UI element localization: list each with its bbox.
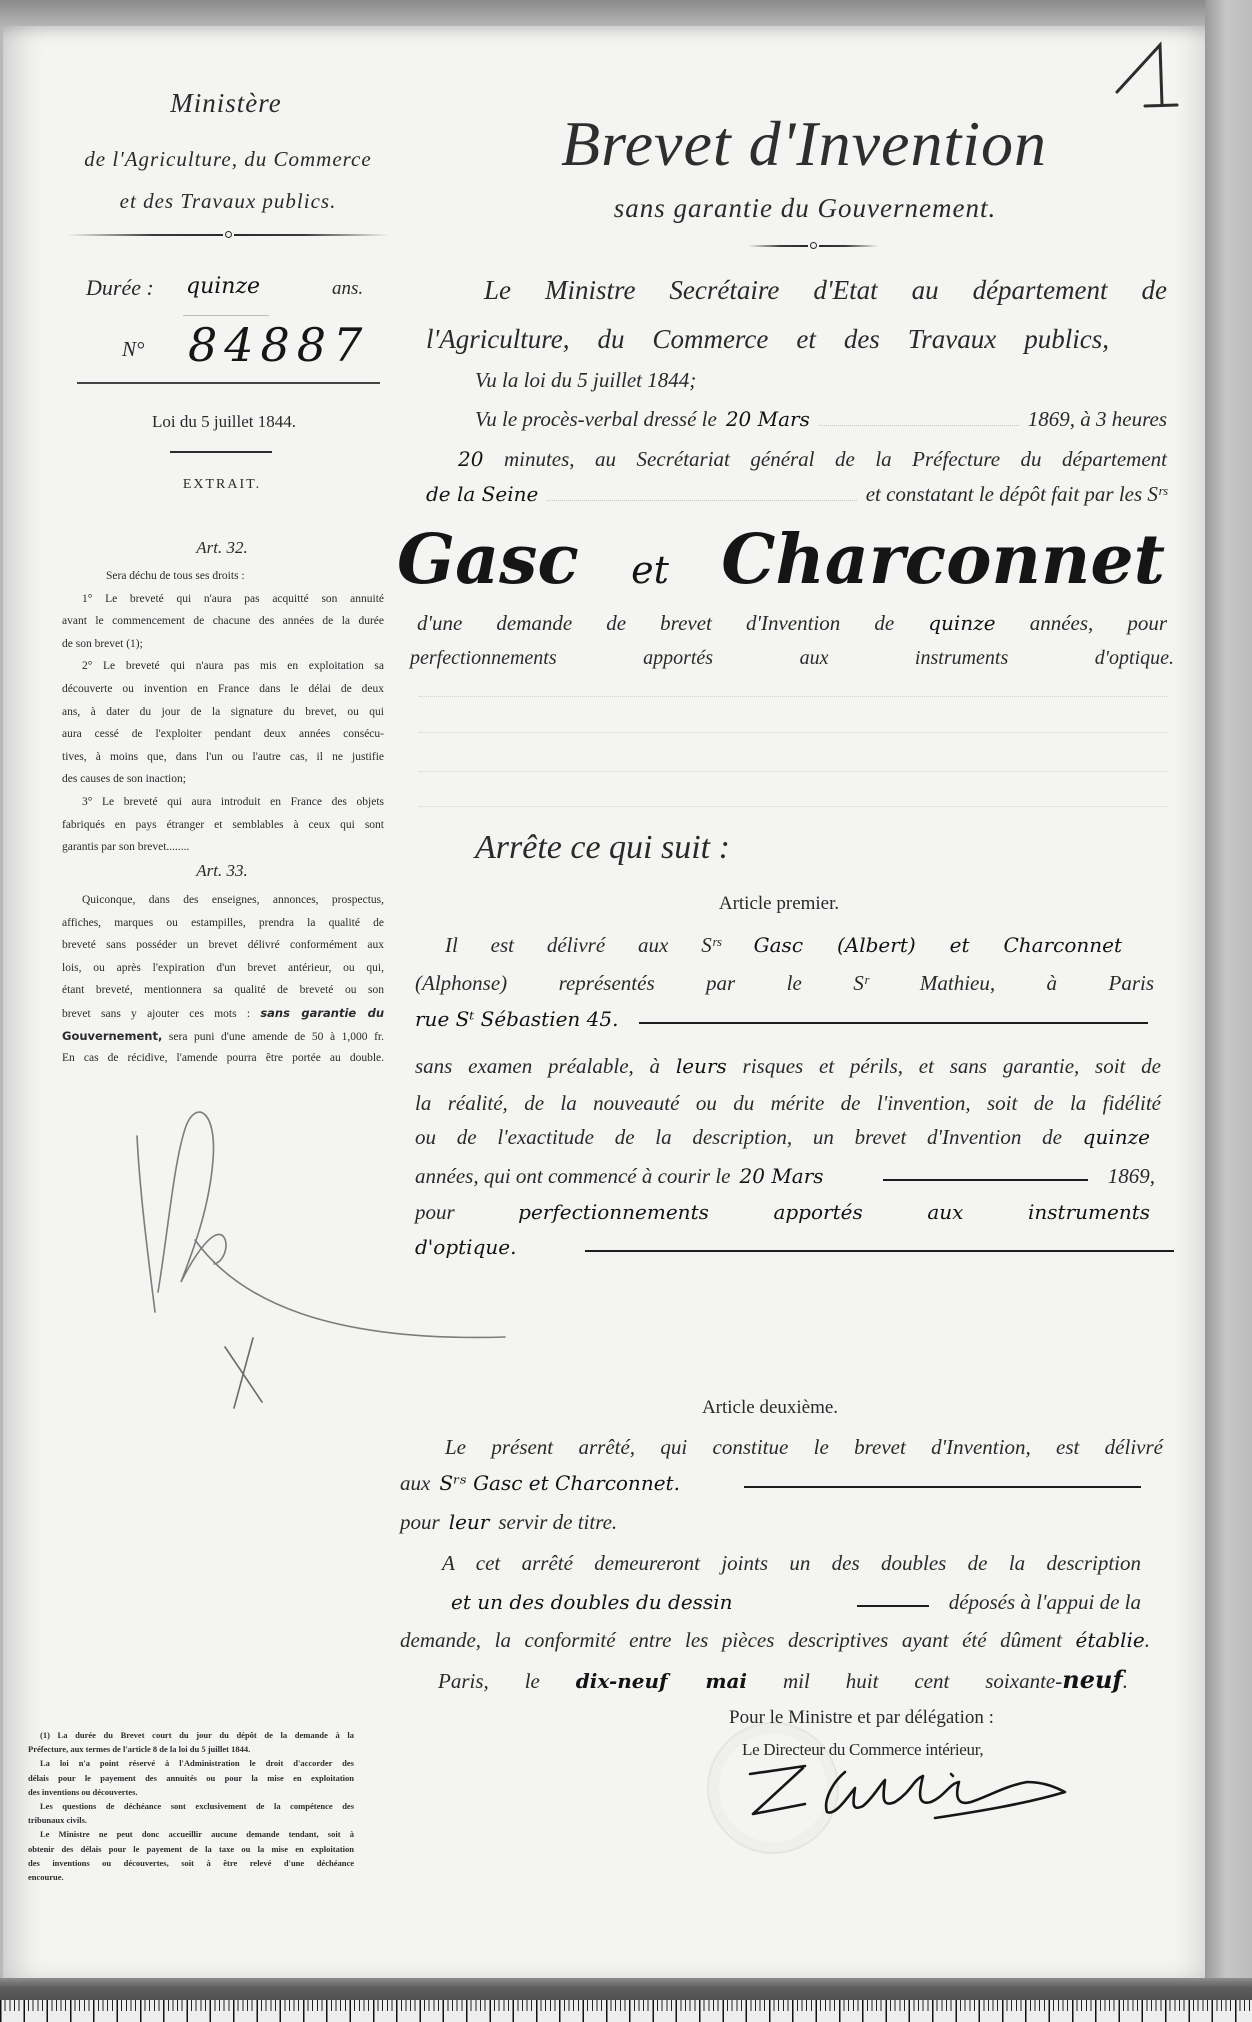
binding-edge	[1205, 0, 1252, 2000]
art32-line: de son brevet (1);	[62, 633, 384, 656]
grant-prefix: Il est délivré aux Sʳˢ	[445, 933, 721, 957]
blank-guide-line	[419, 732, 1167, 733]
conformity-prefix: demande, la conformité entre les pièces …	[400, 1628, 1062, 1652]
certificate-title: Brevet d'Invention	[504, 104, 1104, 184]
art32-line: Sera déchu de tous ses droits :	[62, 565, 384, 588]
art33-line: étant breveté, mentionnera sa qualité de…	[62, 979, 384, 1002]
request-suffix: années, pour	[1030, 611, 1167, 635]
request-duration: quinze	[928, 611, 995, 635]
art32-line: tives, à moins que, dans l'un ou l'autre…	[62, 746, 384, 769]
article1-title: Article premier.	[629, 893, 929, 915]
purpose-end-line: d'optique.	[415, 1233, 1174, 1261]
art32-line: découverte ou invention en France dans l…	[62, 678, 384, 701]
exam-own: leurs	[676, 1054, 727, 1078]
request-subject: perfectionnements apportés aux instrumen…	[410, 644, 1174, 672]
footnote-line: des inventions ou découvertes.	[28, 1785, 354, 1799]
blank-guide-line	[419, 771, 1167, 772]
grantees-line-3: rue Sᵗ Sébastien 45.	[415, 1005, 618, 1033]
scan-stage: 1 Ministère de l'Agriculture, du Commerc…	[0, 0, 1252, 2022]
duration-underline	[183, 315, 269, 316]
art32-line: 2° Le breveté qui n'aura pas mis en expl…	[62, 655, 384, 678]
purpose-line-1: perfectionnements apportés aux instrumen…	[518, 1200, 1150, 1224]
footnote-line: tribunaux civils.	[28, 1813, 354, 1827]
article2-line-1: Le présent arrêté, qui constitue le brev…	[445, 1433, 1163, 1461]
art32-title: Art. 32.	[122, 538, 322, 558]
fill-rule	[639, 1022, 1148, 1024]
date-day-month: dix-neuf mai	[576, 1669, 747, 1693]
blank-guide-line	[419, 806, 1167, 807]
year-prefix: mil huit cent soixante-	[783, 1669, 1062, 1693]
conformity-line: demande, la conformité entre les pièces …	[400, 1626, 1150, 1654]
pv-date: 20 Mars	[726, 405, 810, 433]
law-divider	[170, 451, 272, 453]
fill-rule	[883, 1179, 1088, 1181]
art32-line: aura cessé de l'exploiter pendant deux a…	[62, 723, 384, 746]
ornament-left	[748, 245, 808, 247]
exam-suffix: risques et périls, et sans garantie, soi…	[743, 1054, 1161, 1078]
proces-verbal-line: Vu le procès-verbal dressé le 20 Mars 18…	[475, 405, 1167, 433]
use-suffix: servir de titre.	[498, 1508, 617, 1536]
art33-line7-text: sera puni d'une amende de 50 à 1,000 fr.	[169, 1031, 384, 1043]
pv-location-line: 20 minutes, au Secrétariat général de la…	[458, 445, 1167, 473]
article2-use-line: pour leur servir de titre.	[400, 1508, 617, 1536]
art33-line: lois, ou après l'expiration d'un brevet …	[62, 957, 384, 980]
footnote-line: La loi n'a point réservé à l'Administrat…	[28, 1756, 354, 1770]
ministry-line-2: de l'Agriculture, du Commerce	[60, 147, 396, 172]
ruler-major-ticks	[0, 2000, 1252, 2022]
grantees-line-1: Gasc (Albert) et Charconnet	[754, 933, 1122, 957]
decree-heading: Arrête ce qui suit :	[475, 829, 730, 867]
certificate-subtitle: sans garantie du Gouvernement.	[555, 193, 1055, 224]
folio-number-handwritten	[1105, 38, 1185, 118]
grant-duration: quinze	[1083, 1125, 1150, 1149]
footnote-line: Les questions de déchéance sont exclusiv…	[28, 1799, 354, 1813]
start-year: 1869,	[1108, 1162, 1155, 1190]
art32-body: Sera déchu de tous ses droits : 1° Le br…	[62, 565, 384, 859]
art33-emphasis-gouvernement: Gouvernement,	[62, 1029, 162, 1043]
divider-right	[234, 234, 390, 236]
fill-rule	[585, 1250, 1174, 1252]
start-prefix: années, qui ont commencé à courir le	[415, 1162, 731, 1190]
footnote-line: obtenir des délais pour le payement de l…	[28, 1842, 354, 1856]
title-ornament	[748, 242, 878, 249]
pv-blank	[819, 425, 1019, 426]
law-reference-line: Vu la loi du 5 juillet 1844;	[475, 366, 696, 394]
art33-title: Art. 33.	[122, 861, 322, 881]
purpose-prefix: pour	[415, 1200, 455, 1224]
request-prefix: d'une demande de brevet d'Invention de	[417, 611, 894, 635]
article2-to-prefix: aux	[400, 1469, 430, 1497]
start-date: 20 Mars	[740, 1162, 824, 1190]
fill-rule	[744, 1486, 1141, 1488]
annex-line: A cet arrêté demeureront joints un des d…	[442, 1549, 1141, 1577]
article2-title: Article deuxième.	[620, 1397, 920, 1419]
grantees-line-2: (Alphonse) représentés par le Sʳ Mathieu…	[415, 969, 1154, 997]
measurement-ruler	[0, 2000, 1252, 2022]
request-line: d'une demande de brevet d'Invention de q…	[417, 609, 1167, 637]
footnote-line: des inventions ou découvertes, soit à êt…	[28, 1856, 354, 1870]
art33-line: Gouvernement, sera puni d'une amende de …	[62, 1025, 384, 1048]
patent-number-label: N°	[122, 337, 144, 362]
art33-line6-text: brevet sans y ajouter ces mots :	[62, 1008, 250, 1020]
pv-location: minutes, au Secrétariat général de la Pr…	[504, 447, 1167, 471]
patent-number-value: 84887	[188, 318, 369, 372]
footnote-line: délais pour le payement des annuités ou …	[28, 1771, 354, 1785]
art32-line: 3° Le breveté qui aura introduit en Fran…	[62, 791, 384, 814]
blank-guide-line	[419, 696, 1167, 697]
duration-label: Durée :	[86, 275, 154, 301]
pv-year-time: 1869, à 3 heures	[1028, 405, 1167, 433]
director-signature-icon	[735, 1762, 1095, 1824]
reality-line: la réalité, de la nouveauté ou du mérite…	[415, 1089, 1161, 1117]
art32-line: des causes de son inaction;	[62, 768, 384, 791]
use-own: leur	[449, 1508, 490, 1536]
art33-line: En cas de récidive, l'amende pourra être…	[62, 1047, 384, 1070]
applicants-conjunction: et	[588, 528, 712, 612]
purpose-line: pour perfectionnements apportés aux inst…	[415, 1198, 1150, 1226]
preamble-line-1: Le Ministre Secrétaire d'Etat au départe…	[484, 273, 1167, 307]
ornament-center	[810, 242, 817, 249]
annex-drawing-line: et un des doubles du dessin déposés à l'…	[451, 1588, 1141, 1616]
applicants-names: Gasc et Charconnet	[397, 518, 1165, 602]
exam-line: sans examen préalable, à leurs risques e…	[415, 1052, 1161, 1080]
divider-left	[67, 234, 223, 236]
article1-grant-line: Il est délivré aux Sʳˢ Gasc (Albert) et …	[445, 931, 1122, 959]
deposit-text: et constatant le dépôt fait par les Sʳˢ	[866, 480, 1167, 508]
footnote-line: Le Ministre ne peut donc accueillir aucu…	[28, 1827, 354, 1841]
department-blank	[547, 500, 856, 501]
art32-line: avant le commencement de chacune des ann…	[62, 610, 384, 633]
ministry-heading: Ministère	[106, 88, 346, 119]
art32-line: 1° Le breveté qui n'aura pas acquitté so…	[62, 588, 384, 611]
start-date-line: années, qui ont commencé à courir le 20 …	[415, 1162, 1155, 1190]
art32-line: ans, à dater du jour de la signature du …	[62, 701, 384, 724]
department-line: de la Seine et constatant le dépôt fait …	[426, 480, 1167, 508]
duration-unit: ans.	[332, 278, 363, 300]
annex-hand: et un des doubles du dessin	[451, 1588, 732, 1616]
page-bottom-shadow	[0, 1978, 1252, 2000]
art32-line: garantis par son brevet........	[62, 836, 384, 859]
art33-line: brevet sans y ajouter ces mots : sans ga…	[62, 1002, 384, 1025]
number-divider	[77, 382, 380, 384]
art33-body: Quiconque, dans des enseignes, annonces,…	[62, 889, 384, 1070]
art33-line: Quiconque, dans des enseignes, annonces,…	[62, 889, 384, 912]
exactitude-line: ou de l'exactitude de la description, un…	[415, 1123, 1150, 1151]
delegation-line: Pour le Ministre et par délégation :	[729, 1707, 994, 1729]
ornament-right	[819, 245, 879, 247]
article2-grantees: Sʳˢ Gasc et Charconnet.	[439, 1469, 680, 1497]
place-prefix: Paris, le	[438, 1669, 540, 1693]
preamble-line-2: l'Agriculture, du Commerce et des Travau…	[426, 322, 1109, 356]
art33-line: affiches, marques ou estampilles, prendr…	[62, 912, 384, 935]
pv-minutes: 20	[458, 447, 483, 471]
year-suffix: neuf	[1062, 1665, 1123, 1694]
exactitude-prefix: ou de l'exactitude de la description, un…	[415, 1125, 1062, 1149]
footnote: (1) La durée du Brevet court du jour du …	[28, 1728, 354, 1884]
conformity-end: .	[1145, 1628, 1150, 1652]
law-reference: Loi du 5 juillet 1844.	[104, 412, 344, 432]
footnote-line: Préfecture, aux termes de l'article 8 de…	[28, 1742, 354, 1756]
art32-line: fabriqués en pays étranger et semblables…	[62, 814, 384, 837]
exam-prefix: sans examen préalable, à	[415, 1054, 660, 1078]
purpose-line-2: d'optique.	[415, 1233, 516, 1261]
art33-line: breveté sans posséder un brevet délivré …	[62, 934, 384, 957]
ornamental-divider	[67, 231, 389, 238]
duration-value: quinze	[186, 274, 260, 299]
use-prefix: pour	[400, 1508, 440, 1536]
department-value: de la Seine	[426, 480, 538, 508]
signatory-title: Le Directeur du Commerce intérieur,	[742, 1740, 983, 1760]
footnote-line: encourue.	[28, 1870, 354, 1884]
conformity-hand: établie	[1076, 1628, 1145, 1652]
date-line: Paris, le dix-neuf mai mil huit cent soi…	[438, 1666, 1128, 1694]
fill-rule	[857, 1605, 929, 1607]
grantees-address-line: rue Sᵗ Sébastien 45.	[415, 1005, 1148, 1033]
ministry-line-3: et des Travaux publics.	[60, 189, 396, 214]
annex-suffix: déposés à l'appui de la	[949, 1588, 1141, 1616]
pv-prefix: Vu le procès-verbal dressé le	[475, 405, 717, 433]
divider-center	[225, 231, 232, 238]
article2-grantees-line: aux Sʳˢ Gasc et Charconnet.	[400, 1469, 1141, 1497]
footnote-line: (1) La durée du Brevet court du jour du …	[28, 1728, 354, 1742]
extract-label: EXTRAIT.	[122, 477, 322, 493]
applicant-2: Charconnet	[721, 518, 1165, 602]
applicant-1: Gasc	[397, 518, 579, 602]
date-period: .	[1123, 1669, 1128, 1693]
art33-emphasis: sans garantie du	[260, 1006, 384, 1020]
